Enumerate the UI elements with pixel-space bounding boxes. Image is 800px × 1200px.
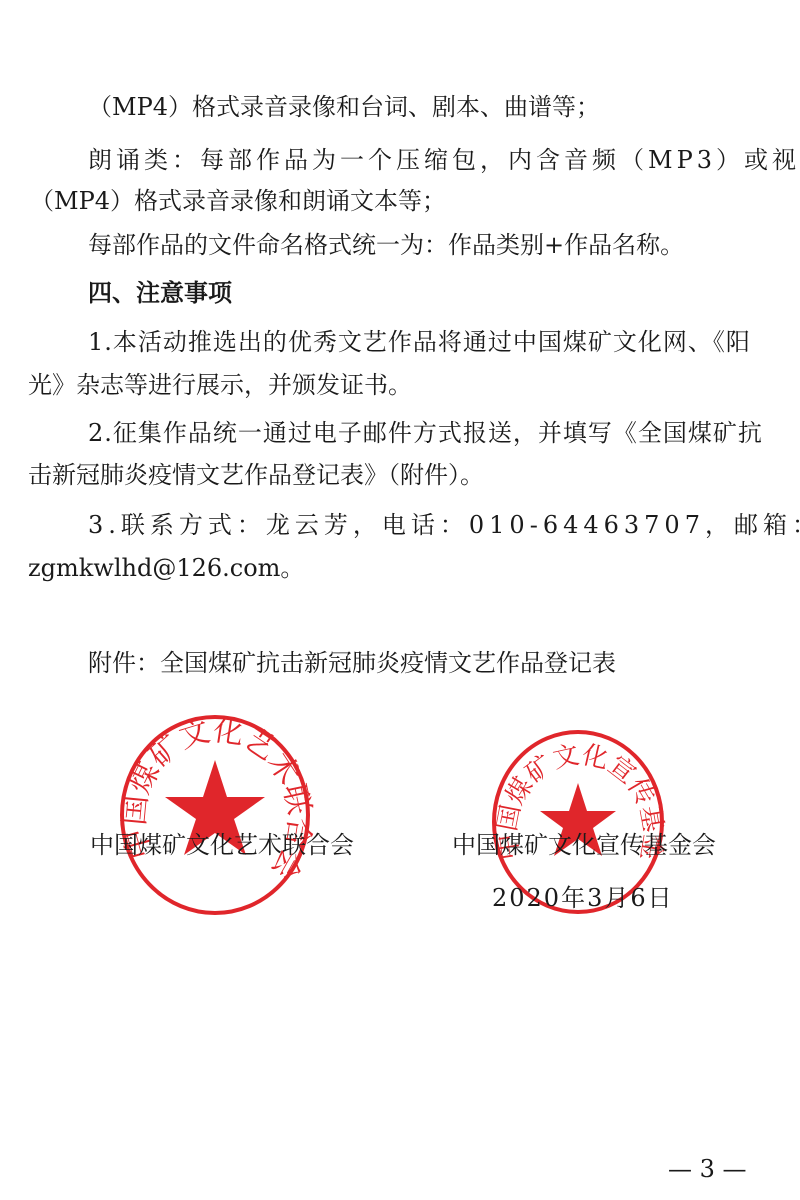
contact-line: 3.联系方式：龙云芳，电话：010-64463707，邮箱： [88, 510, 800, 540]
paragraph-line: 2.征集作品统一通过电子邮件方式报送，并填写《全国煤矿抗 [88, 418, 763, 448]
paragraph-line: 击新冠肺炎疫情文艺作品登记表》（附件）。 [28, 460, 484, 490]
paragraph-line: （MP4）格式录音录像和台词、剧本、曲谱等； [88, 92, 600, 122]
signature-right: 中国煤矿文化宣传基金会 [452, 830, 716, 860]
page-number: — 3 — [668, 1155, 747, 1183]
paragraph-line: 每部作品的文件命名格式统一为：作品类别+作品名称。 [88, 230, 684, 260]
email-line: zgmkwlhd@126.com。 [28, 553, 304, 583]
paragraph-line: 光》杂志等进行展示，并颁发证书。 [28, 370, 412, 400]
attachment-line: 附件：全国煤矿抗击新冠肺炎疫情文艺作品登记表 [88, 648, 616, 678]
section-heading: 四、注意事项 [88, 278, 232, 308]
paragraph-line: 1.本活动推选出的优秀文艺作品将通过中国煤矿文化网、《阳 [88, 327, 751, 357]
official-seal-left: 中国煤矿文化艺术联合会 [115, 715, 315, 915]
paragraph-line: （MP4）格式录音录像和朗诵文本等； [30, 186, 446, 216]
paragraph-line: 朗诵类：每部作品为一个压缩包，内含音频（MP3）或视频 [88, 145, 800, 175]
signature-left: 中国煤矿文化艺术联合会 [90, 830, 354, 860]
signature-date: 2020年3月6日 [492, 883, 674, 913]
